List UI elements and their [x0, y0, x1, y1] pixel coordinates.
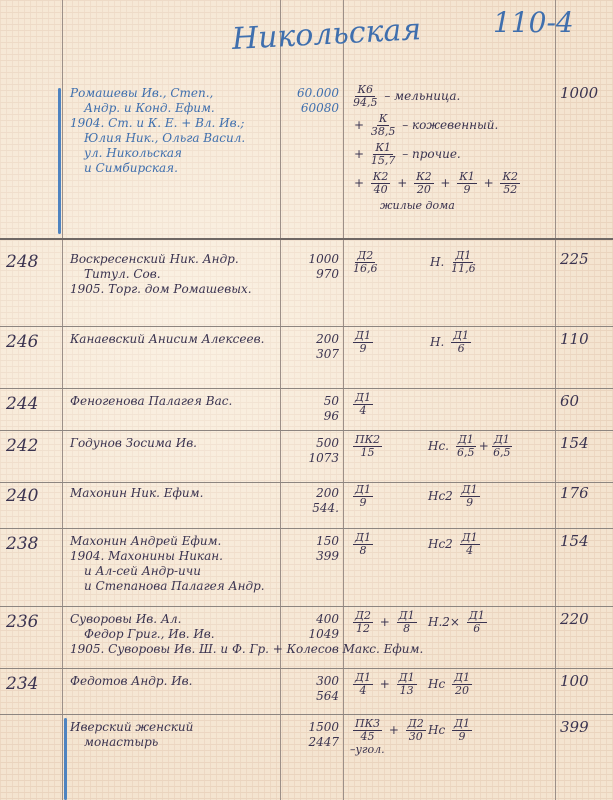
fraction-denominator: 30 — [409, 731, 423, 743]
class-text: Нс — [428, 723, 449, 737]
class-line: + К38,5 – кожевенный. — [350, 113, 523, 138]
class-text: – прочие. — [398, 147, 460, 161]
fraction: Д16,5 — [456, 434, 476, 459]
fraction-denominator: 4 — [359, 685, 366, 697]
fraction: Д14 — [353, 672, 373, 697]
class-cell: К694,5 – мельница.+ К38,5 – кожевенный.+… — [350, 84, 523, 211]
fraction-denominator: 52 — [503, 184, 517, 196]
fraction-denominator: 13 — [400, 685, 414, 697]
owner-name-line: Юлия Ник., Ольга Васил. — [70, 131, 245, 146]
fraction-denominator: 6,5 — [493, 447, 511, 459]
owner-name-line: Махонин Андрей Ефим. — [70, 534, 265, 549]
fraction: К694,5 — [353, 84, 378, 109]
fraction-denominator: 45 — [361, 731, 375, 743]
class-text: + — [354, 176, 368, 190]
class-text: + — [479, 439, 489, 453]
class-cell: Д216,6 — [350, 250, 381, 275]
row-rule — [0, 528, 613, 529]
area-value: 200544. — [287, 486, 339, 516]
fraction-denominator: 40 — [374, 184, 388, 196]
area-value: 60.00060080 — [287, 86, 339, 116]
entry-number: 248 — [6, 252, 38, 272]
entry-number: 246 — [6, 332, 38, 352]
fraction-denominator: 38,5 — [371, 126, 396, 138]
blue-margin-bar — [58, 88, 61, 234]
owner-name-line: Иверский женский — [70, 720, 193, 735]
owner-name-line: Титул. Сов. — [70, 267, 252, 282]
fraction: К252 — [500, 171, 520, 196]
sheet-number: 110-4 — [493, 6, 574, 39]
column-rule-name — [280, 0, 281, 800]
fraction: Д16 — [451, 330, 471, 355]
area-value: 4001049 — [287, 612, 339, 642]
owner-name: Воскресенский Ник. Андр.Титул. Сов.1905.… — [70, 252, 252, 297]
fraction-denominator: 8 — [359, 545, 366, 557]
entry-number: 240 — [6, 486, 38, 506]
row-rule — [0, 326, 613, 327]
fraction-denominator: 16,6 — [353, 263, 378, 275]
fraction-denominator: 6,5 — [457, 447, 475, 459]
fraction: К240 — [371, 171, 391, 196]
fraction-denominator: 15,7 — [371, 155, 396, 167]
fraction: Д212 — [353, 610, 373, 635]
owner-name-line: ул. Никольская — [70, 146, 245, 161]
class-extra: Н. Д16 — [430, 330, 474, 355]
class-text: + — [393, 176, 411, 190]
column-rule-area — [343, 0, 344, 800]
fraction-denominator: 9 — [458, 731, 465, 743]
area-line: 60080 — [287, 101, 339, 116]
class-text: – кожевенный. — [398, 118, 498, 132]
area-line: 544. — [287, 501, 339, 516]
class-cell: Д14 + Д113 — [350, 672, 420, 697]
area-line: 564 — [287, 689, 339, 704]
owner-name-line: монастырь — [70, 735, 193, 750]
fraction: К38,5 — [371, 113, 396, 138]
area-line: 1049 — [287, 627, 339, 642]
total-value: 225 — [560, 250, 589, 268]
class-line: + К115,7 – прочие. — [350, 142, 523, 167]
class-extra: Нс Д120 — [428, 672, 475, 697]
class-cell: Д14 — [350, 392, 376, 417]
class-text: + — [354, 118, 368, 132]
total-value: 176 — [560, 484, 589, 502]
fraction-denominator: 6 — [473, 623, 480, 635]
class-cell: ПК345 + Д230–угол. — [350, 718, 429, 756]
class-text: + — [480, 176, 498, 190]
total-value: 220 — [560, 610, 589, 628]
area-value: 5001073 — [287, 436, 339, 466]
fraction: К19 — [457, 171, 477, 196]
class-line: К694,5 – мельница. — [350, 84, 523, 109]
total-value: 100 — [560, 672, 589, 690]
area-line: 200 — [287, 486, 339, 501]
fraction: Д14 — [353, 392, 373, 417]
area-value: 300564 — [287, 674, 339, 704]
total-value: 399 — [560, 718, 589, 736]
row-rule — [0, 388, 613, 389]
class-text: + — [354, 147, 368, 161]
fraction: ПК215 — [353, 434, 382, 459]
class-note: жилые дома — [350, 200, 523, 211]
total-value: 1000 — [560, 84, 598, 102]
fraction-denominator: 9 — [464, 184, 471, 196]
class-extra: Нс. Д16,5+Д16,5 — [428, 434, 515, 459]
area-line: 2447 — [287, 735, 339, 750]
row-rule — [0, 482, 613, 483]
area-value: 5096 — [287, 394, 339, 424]
entry-number: 244 — [6, 394, 38, 414]
class-extra: Н. Д111,6 — [430, 250, 479, 275]
fraction: Д16 — [467, 610, 487, 635]
fraction: Д111,6 — [451, 250, 476, 275]
owner-name-line: Федотов Андр. Ив. — [70, 674, 192, 689]
fraction-denominator: 20 — [417, 184, 431, 196]
row-rule — [0, 606, 613, 607]
fraction: Д19 — [353, 330, 373, 355]
entry-number: 234 — [6, 674, 38, 694]
class-text: + — [385, 723, 403, 737]
class-text: Н. — [430, 255, 448, 269]
fraction: Д16,5 — [492, 434, 512, 459]
row-rule — [0, 238, 613, 240]
area-value: 150399 — [287, 534, 339, 564]
fraction: Д18 — [397, 610, 417, 635]
row-rule — [0, 430, 613, 431]
fraction: Д19 — [353, 484, 373, 509]
area-value: 15002447 — [287, 720, 339, 750]
fraction: Д14 — [460, 532, 480, 557]
fraction-denominator: 12 — [356, 623, 370, 635]
row-rule — [0, 714, 613, 715]
class-text: + — [376, 615, 394, 629]
column-rule-class — [555, 0, 556, 800]
owner-name-line: Андр. и Конд. Ефим. — [70, 101, 245, 116]
owner-name: Иверский женскиймонастырь — [70, 720, 193, 750]
owner-name: Годунов Зосима Ив. — [70, 436, 197, 451]
class-cell: ПК215 — [350, 434, 385, 459]
fraction-denominator: 6 — [458, 343, 465, 355]
owner-name: Ромашевы Ив., Степ.,Андр. и Конд. Ефим.1… — [70, 86, 245, 176]
area-line: 60.000 — [287, 86, 339, 101]
area-line: 400 — [287, 612, 339, 627]
class-cell: Д212 + Д18 — [350, 610, 420, 635]
area-value: 200307 — [287, 332, 339, 362]
class-line: + К240 + К220 + К19 + К252 — [350, 171, 523, 196]
owner-name-line: и Симбирская. — [70, 161, 245, 176]
fraction-denominator: 9 — [359, 497, 366, 509]
area-line: 150 — [287, 534, 339, 549]
class-text: Нс — [428, 677, 449, 691]
owner-name: Махонин Ник. Ефим. — [70, 486, 203, 501]
fraction-denominator: 94,5 — [353, 97, 378, 109]
area-line: 96 — [287, 409, 339, 424]
column-rule-number — [62, 0, 63, 800]
blue-margin-bar — [64, 718, 67, 800]
fraction-denominator: 4 — [359, 405, 366, 417]
owner-name: Феногенова Палагея Вас. — [70, 394, 232, 409]
fraction-denominator: 9 — [466, 497, 473, 509]
owner-name-line: 1904. Ст. и К. Е. + Вл. Ив.; — [70, 116, 245, 131]
total-value: 154 — [560, 434, 589, 452]
owner-name-line: Махонин Ник. Ефим. — [70, 486, 203, 501]
fraction-denominator: 9 — [359, 343, 366, 355]
class-text: Н.2× — [428, 615, 464, 629]
area-line: 200 — [287, 332, 339, 347]
class-text: + — [376, 677, 394, 691]
owner-name-line: Ромашевы Ив., Степ., — [70, 86, 245, 101]
owner-name-line: Воскресенский Ник. Андр. — [70, 252, 252, 267]
fraction: Д19 — [452, 718, 472, 743]
owner-name-line: 1904. Махонины Никан. — [70, 549, 265, 564]
fraction: Д19 — [460, 484, 480, 509]
class-text: – мельница. — [381, 89, 461, 103]
fraction-denominator: 20 — [455, 685, 469, 697]
row-rule — [0, 668, 613, 669]
class-text: Н. — [430, 335, 448, 349]
area-line: 307 — [287, 347, 339, 362]
fraction: К115,7 — [371, 142, 396, 167]
fraction: Д18 — [353, 532, 373, 557]
fraction-denominator: 8 — [403, 623, 410, 635]
class-extra: Нс Д19 — [428, 718, 475, 743]
entry-number: 236 — [6, 612, 38, 632]
area-line: 399 — [287, 549, 339, 564]
class-cell: Д19 — [350, 484, 376, 509]
class-extra: Н.2× Д16 — [428, 610, 490, 635]
owner-name-line: Феногенова Палагея Вас. — [70, 394, 232, 409]
owner-name: Федотов Андр. Ив. — [70, 674, 192, 689]
total-value: 110 — [560, 330, 589, 348]
area-value: 1000970 — [287, 252, 339, 282]
fraction: Д113 — [397, 672, 417, 697]
total-value: 60 — [560, 392, 579, 410]
fraction: ПК345 — [353, 718, 382, 743]
fraction: К220 — [414, 171, 434, 196]
total-value: 154 — [560, 532, 589, 550]
class-text: Нс2 — [428, 537, 457, 551]
owner-name: Канаевский Анисим Алексеев. — [70, 332, 264, 347]
class-extra: Нс2 Д14 — [428, 532, 483, 557]
owner-name-line: Годунов Зосима Ив. — [70, 436, 197, 451]
area-line: 500 — [287, 436, 339, 451]
area-line: 50 — [287, 394, 339, 409]
area-line: 1500 — [287, 720, 339, 735]
class-cell: Д18 — [350, 532, 376, 557]
owner-name-line: и Ал-сей Андр-ичи — [70, 564, 265, 579]
area-line: 970 — [287, 267, 339, 282]
fraction-denominator: 15 — [361, 447, 375, 459]
class-text: Нс. — [428, 439, 453, 453]
area-line: 300 — [287, 674, 339, 689]
area-line: 1073 — [287, 451, 339, 466]
owner-name-line: Канаевский Анисим Алексеев. — [70, 332, 264, 347]
fraction-denominator: 4 — [466, 545, 473, 557]
class-cell: Д19 — [350, 330, 376, 355]
area-line: 1000 — [287, 252, 339, 267]
entry-number: 238 — [6, 534, 38, 554]
owner-name-line: 1905. Суворовы Ив. Ш. и Ф. Гр. + Колесов… — [70, 642, 423, 657]
fraction: Д120 — [452, 672, 472, 697]
owner-name-line: 1905. Торг. дом Ромашевых. — [70, 282, 252, 297]
class-text: Нс2 — [428, 489, 457, 503]
entry-number: 242 — [6, 436, 38, 456]
fraction: Д230 — [406, 718, 426, 743]
class-text: + — [437, 176, 455, 190]
class-note: –угол. — [350, 743, 429, 756]
fraction: Д216,6 — [353, 250, 378, 275]
fraction-denominator: 11,6 — [451, 263, 476, 275]
class-extra: Нс2 Д19 — [428, 484, 483, 509]
owner-name: Махонин Андрей Ефим.1904. Махонины Никан… — [70, 534, 265, 594]
owner-name-line: и Степанова Палагея Андр. — [70, 579, 265, 594]
